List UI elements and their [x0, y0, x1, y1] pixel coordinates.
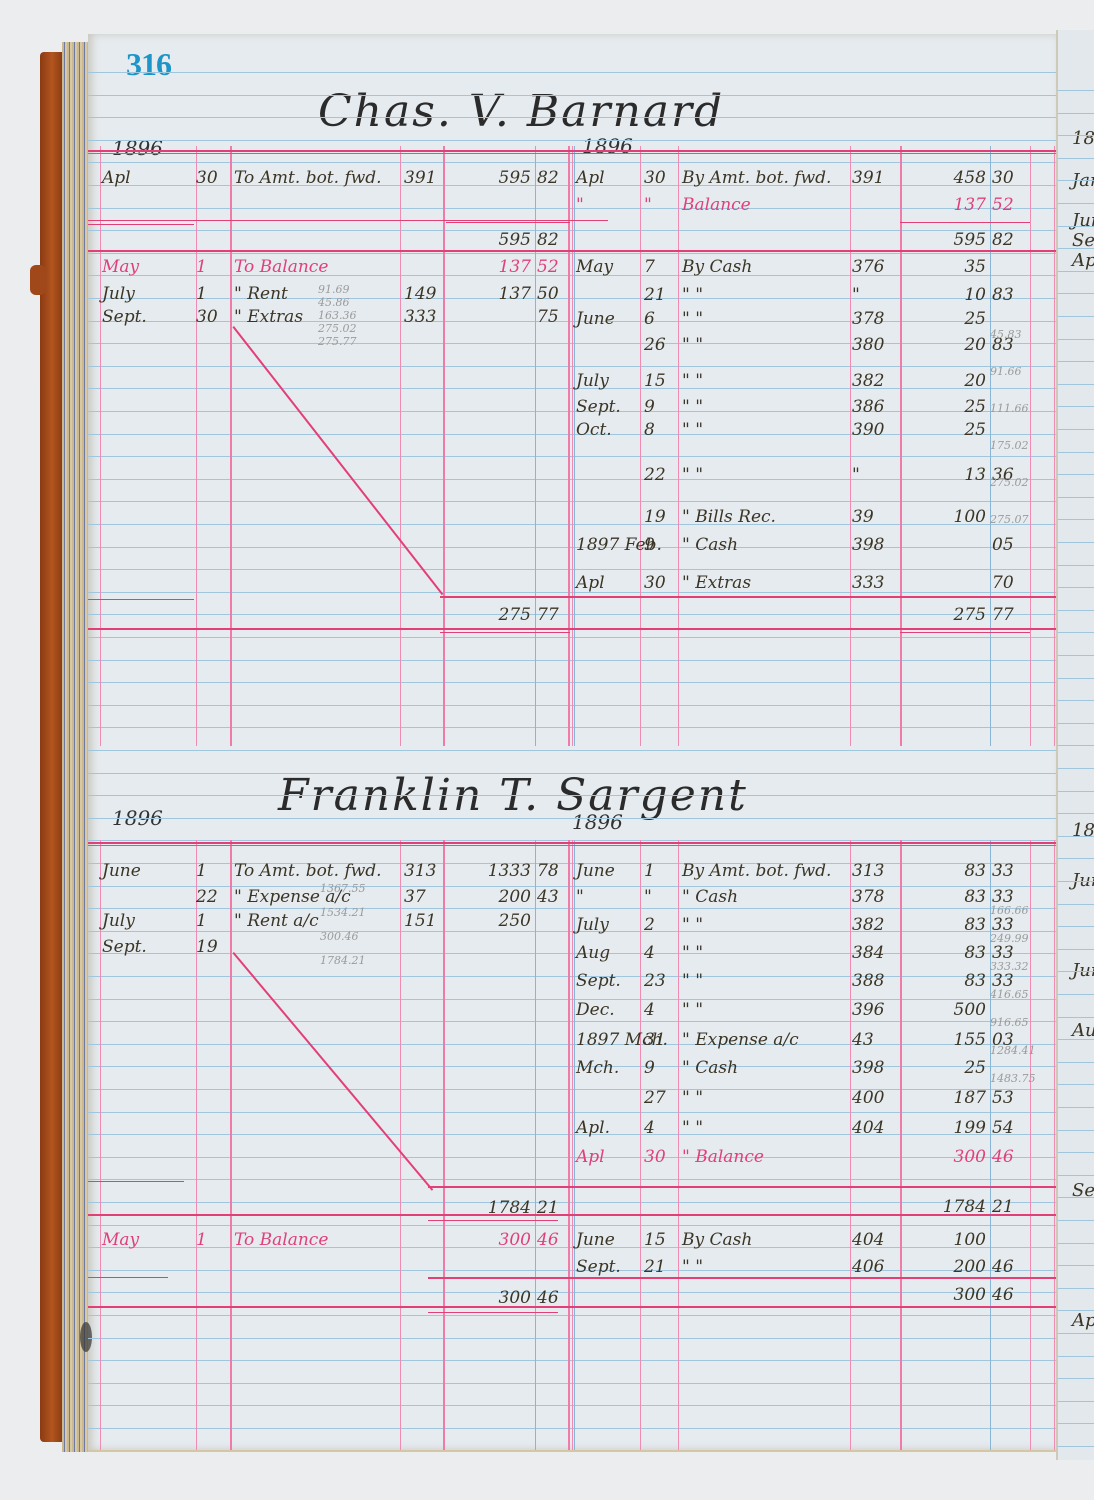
next-page-fragment: Aug — [1072, 1020, 1094, 1041]
a1-credit-row-folio: 390 — [852, 419, 884, 441]
ruling-line — [1058, 248, 1094, 249]
ruling-line — [1058, 565, 1094, 566]
next-page-fragment: Apl — [1072, 250, 1094, 271]
ruling-line — [1058, 1130, 1094, 1131]
a2-credit-row-folio: 382 — [852, 914, 884, 936]
pencil-note: 416.65 — [990, 984, 1029, 1006]
sum-rule — [428, 1186, 1056, 1188]
ruling-line — [1058, 1378, 1094, 1379]
a2-debit-row-month: July — [102, 910, 135, 932]
ruling-line — [1058, 180, 1094, 181]
ruling-line — [1058, 384, 1094, 385]
a2-credit-row-dollars: 100 — [900, 1229, 986, 1251]
a1-credit-row-month: Sept. — [576, 396, 621, 418]
a2-credit-row-day: 9 — [644, 1057, 655, 1079]
column-line — [100, 146, 101, 746]
a2-credit-row-dollars: 300 — [900, 1146, 986, 1168]
a1-debit-row-dollars: 595 — [446, 229, 531, 251]
a2-credit-row-month: Aug — [576, 942, 610, 964]
a2-debit-row-cents: 43 — [537, 886, 559, 908]
ruling-line — [1058, 497, 1094, 498]
a1-credit-row-month: Apl — [576, 167, 605, 189]
a1-credit-row-folio: 39 — [852, 506, 874, 528]
a2-credit-row-description: " " — [682, 999, 703, 1021]
a2-debit-row-month: Sept. — [102, 936, 147, 958]
a1-credit-row-day: 8 — [644, 419, 655, 441]
a2-credit-row-description: " Cash — [682, 1057, 738, 1079]
next-page-fragment: Jun — [1072, 210, 1094, 231]
a2-credit-row-folio: 400 — [852, 1087, 884, 1109]
a2-credit-row-folio: 404 — [852, 1229, 884, 1251]
pencil-note: 166.66 — [990, 900, 1029, 922]
a1-credit-row-folio: " — [852, 464, 860, 486]
ruling-line — [1058, 1446, 1094, 1447]
a1-debit-row-day: 1 — [196, 256, 207, 278]
a1-debit-total-dollars: 275 — [446, 604, 531, 626]
a1-debit-row-folio: 333 — [404, 306, 436, 328]
ruling-line — [1058, 1175, 1094, 1176]
a2-credit-row-day: 27 — [644, 1087, 666, 1109]
a2-credit-row-month: Sept. — [576, 1256, 621, 1278]
column-line — [640, 840, 641, 1450]
a1-credit-row-description: By Cash — [682, 256, 752, 278]
a1-credit-total-dollars: 275 — [900, 604, 986, 626]
a2-credit-row-folio: 43 — [852, 1029, 874, 1051]
ruling-line — [1058, 836, 1094, 837]
short-rule — [88, 1277, 168, 1278]
a2-credit-row-month: " — [576, 886, 584, 908]
ledger-page: 316 Chas. V. Barnard 1896 1896 Franklin … — [88, 34, 1056, 1452]
column-line — [568, 840, 570, 1450]
column-line — [678, 146, 679, 746]
ruling-line — [1058, 429, 1094, 430]
a2-credit-after-total-dollars: 300 — [900, 1284, 986, 1306]
ruling-line — [88, 95, 1056, 96]
a2-credit-row-description: By Amt. bot. fwd. — [682, 860, 831, 882]
a2-credit-row-dollars: 83 — [900, 970, 986, 992]
column-line — [535, 146, 536, 746]
a1-credit-row-dollars: 20 — [900, 370, 986, 392]
a2-debit-row-description: " Rent a/c — [234, 910, 319, 932]
pencil-note: 275.07 — [990, 509, 1029, 531]
ruling-line — [1058, 1288, 1094, 1289]
a1-debit-row-cents: 52 — [537, 256, 559, 278]
pencil-note: 175.02 — [990, 435, 1029, 457]
column-line — [443, 146, 445, 746]
ruling-line — [1058, 1333, 1094, 1334]
ruling-line — [1058, 723, 1094, 724]
a2-credit-row-day: 4 — [644, 999, 655, 1021]
a2-credit-row-description: " Expense a/c — [682, 1029, 799, 1051]
header-rule-blue — [88, 153, 1056, 154]
column-line — [1030, 840, 1031, 1450]
ruling-line — [1058, 135, 1094, 136]
next-page-edge: 189JanJunSepApl189JunJunAugSepApl — [1056, 30, 1094, 1460]
column-line — [572, 146, 573, 746]
ruling-line — [1058, 904, 1094, 905]
ruling-line — [88, 140, 1056, 141]
ruling-line — [1058, 1310, 1094, 1311]
header-rule-blue — [88, 845, 1056, 846]
bookmark-tab — [30, 265, 46, 295]
short-rule — [88, 599, 194, 600]
ruling-line — [1058, 1062, 1094, 1063]
a1-credit-row-folio: 376 — [852, 256, 884, 278]
a2-credit-row-cents: 33 — [992, 860, 1014, 882]
a2-debit-row-day: 19 — [196, 936, 218, 958]
a2-credit-row-month: Dec. — [576, 999, 615, 1021]
ruling-line — [88, 773, 1056, 774]
a1-credit-row-day: 30 — [644, 167, 666, 189]
a2-credit-row-day: 31 — [644, 1029, 666, 1051]
ruling-line — [1058, 1197, 1094, 1198]
a1-credit-row-folio: 398 — [852, 534, 884, 556]
a1-credit-row-description: Balance — [682, 194, 751, 216]
a2-credit-row-description: " " — [682, 1117, 703, 1139]
page-number: 316 — [126, 46, 171, 83]
ruling-line — [1058, 994, 1094, 995]
close-rule-double — [428, 1312, 558, 1313]
credit-year-2: 1896 — [572, 810, 623, 834]
a2-debit-row-day: 22 — [196, 886, 218, 908]
ruling-line — [1058, 1152, 1094, 1153]
a2-credit-row-description: By Cash — [682, 1229, 752, 1251]
ruling-line — [1058, 361, 1094, 362]
a2-debit-row-cents: 78 — [537, 860, 559, 882]
column-line — [574, 146, 575, 746]
a1-credit-row-description: " " — [682, 419, 703, 441]
ruling-line — [1058, 406, 1094, 407]
ruling-line — [1058, 926, 1094, 927]
ruling-line — [1058, 1356, 1094, 1357]
a2-credit-after-total-cents: 46 — [992, 1284, 1014, 1306]
a1-credit-row-dollars: 20 — [900, 334, 986, 356]
pencil-note: 333.32 — [990, 956, 1029, 978]
a2-credit-row-dollars: 83 — [900, 942, 986, 964]
ruling-line — [1058, 271, 1094, 272]
ruling-line — [1058, 610, 1094, 611]
a1-credit-row-dollars: 25 — [900, 308, 986, 330]
a2-credit-row-description: " " — [682, 1087, 703, 1109]
a2-credit-row-description: " " — [682, 970, 703, 992]
a1-debit-row-dollars: 137 — [446, 256, 531, 278]
ruling-line — [1058, 1084, 1094, 1085]
ruling-line — [1058, 316, 1094, 317]
a2-credit-row-folio: 396 — [852, 999, 884, 1021]
next-page-fragment: 189 — [1072, 128, 1094, 149]
a2-credit-row-day: 23 — [644, 970, 666, 992]
a2-debit-row-month: May — [102, 1229, 139, 1251]
a1-debit-row-day: 1 — [196, 283, 207, 305]
a1-credit-row-month: May — [576, 256, 613, 278]
a2-debit-row-description: To Balance — [234, 1229, 328, 1251]
ruling-line — [88, 117, 1056, 118]
column-line — [1054, 146, 1055, 746]
column-line — [230, 146, 232, 746]
ruling-line — [1058, 745, 1094, 746]
a2-credit-row-day: 4 — [644, 1117, 655, 1139]
a1-credit-row-cents: 83 — [992, 284, 1014, 306]
a2-debit-row-folio: 313 — [404, 860, 436, 882]
a1-credit-row-folio: " — [852, 284, 860, 306]
a1-credit-row-description: By Amt. bot. fwd. — [682, 167, 831, 189]
column-line — [572, 840, 573, 1450]
a2-credit-row-day: " — [644, 886, 652, 908]
a1-credit-row-day: 21 — [644, 284, 666, 306]
ruling-line — [1058, 813, 1094, 814]
a2-credit-row-day: 1 — [644, 860, 655, 882]
a1-debit-row-cents: 75 — [537, 306, 559, 328]
a1-credit-row-month: July — [576, 370, 609, 392]
line — [88, 220, 608, 221]
pencil-note: 45.83 — [990, 324, 1022, 346]
a1-credit-row-day: 9 — [644, 396, 655, 418]
a2-credit-row-description: " " — [682, 914, 703, 936]
a1-credit-row-description: " " — [682, 370, 703, 392]
a2-credit-row-month: June — [576, 1229, 615, 1251]
column-line — [640, 146, 641, 746]
a2-credit-row-folio: 384 — [852, 942, 884, 964]
next-page-fragment: 189 — [1072, 820, 1094, 841]
a1-credit-row-dollars: 13 — [900, 464, 986, 486]
a2-debit-row-day: 1 — [196, 910, 207, 932]
a2-debit-row-dollars: 250 — [446, 910, 531, 932]
column-line — [400, 146, 401, 746]
pencil-note: 1483.75 — [990, 1068, 1036, 1090]
a2-credit-row-month: Apl. — [576, 1117, 610, 1139]
account-rule — [88, 1214, 1056, 1216]
a2-credit-row-dollars: 83 — [900, 860, 986, 882]
a2-credit-row-description: " " — [682, 942, 703, 964]
a1-credit-row-day: 9 — [644, 534, 655, 556]
ruling-line — [1058, 971, 1094, 972]
a1-credit-row-month: Apl — [576, 572, 605, 594]
a1-debit-row-dollars: 137 — [446, 283, 531, 305]
sum-rule — [446, 222, 570, 223]
a1-debit-row-day: 30 — [196, 306, 218, 328]
ruling-line — [88, 818, 1056, 819]
a1-debit-total-cents: 77 — [537, 604, 559, 626]
column-line — [443, 840, 445, 1450]
a2-debit-row-folio: 151 — [404, 910, 436, 932]
a1-credit-row-day: " — [644, 194, 652, 216]
short-rule — [88, 1181, 184, 1182]
ruling-line — [88, 795, 1056, 796]
pencil-note: 300.46 — [320, 926, 359, 948]
a1-debit-row-description: " Extras — [234, 306, 303, 328]
a2-debit-row-month: June — [102, 860, 141, 882]
a2-debit-row-dollars: 200 — [446, 886, 531, 908]
a1-credit-row-day: 30 — [644, 572, 666, 594]
ruling-line — [1058, 768, 1094, 769]
a1-credit-row-month: June — [576, 308, 615, 330]
a1-credit-row-day: 7 — [644, 256, 655, 278]
a2-credit-row-cents: 46 — [992, 1146, 1014, 1168]
a1-credit-row-folio: 382 — [852, 370, 884, 392]
a1-debit-row-cents: 82 — [537, 167, 559, 189]
a1-credit-row-day: 22 — [644, 464, 666, 486]
ruling-line — [1058, 1017, 1094, 1018]
a2-debit-row-dollars: 1333 — [446, 860, 531, 882]
ruling-line — [1058, 1220, 1094, 1221]
next-page-fragment: Apl — [1072, 1310, 1094, 1331]
pencil-note: 1784.21 — [320, 950, 366, 972]
a2-credit-row-dollars: 199 — [900, 1117, 986, 1139]
a1-credit-row-folio: 333 — [852, 572, 884, 594]
a2-credit-row-cents: 54 — [992, 1117, 1014, 1139]
column-line — [1030, 146, 1031, 746]
a2-credit-row-day: 2 — [644, 914, 655, 936]
a1-debit-row-month: July — [102, 283, 135, 305]
a1-credit-row-dollars: 595 — [900, 229, 986, 251]
a2-debit-row-cents: 46 — [537, 1229, 559, 1251]
a1-credit-row-cents: 70 — [992, 572, 1014, 594]
ruling-line — [1058, 474, 1094, 475]
ruling-line — [1058, 452, 1094, 453]
ruling-line — [1058, 1265, 1094, 1266]
a1-credit-row-description: " " — [682, 334, 703, 356]
a2-credit-row-folio: 378 — [852, 886, 884, 908]
pencil-note: 1367.55 — [320, 878, 366, 900]
a2-credit-row-cents: 53 — [992, 1087, 1014, 1109]
a1-credit-row-cents: 05 — [992, 534, 1014, 556]
close-rule-double — [900, 632, 1030, 633]
short-rule — [88, 224, 194, 225]
pencil-note: 91.66 — [990, 361, 1022, 383]
pencil-note: 1534.21 — [320, 902, 366, 924]
a1-credit-row-folio: 391 — [852, 167, 884, 189]
ruling-line — [1058, 881, 1094, 882]
a1-debit-row-folio: 391 — [404, 167, 436, 189]
ruling-line — [1058, 655, 1094, 656]
ruling-line — [1058, 632, 1094, 633]
column-line — [850, 146, 851, 746]
a2-credit-row-dollars: 83 — [900, 914, 986, 936]
a1-credit-row-dollars: 25 — [900, 419, 986, 441]
a1-credit-total-cents: 77 — [992, 604, 1014, 626]
pencil-note: 275.02 — [990, 472, 1029, 494]
a2-debit-row-dollars: 300 — [446, 1229, 531, 1251]
pencil-note: 275.77 — [318, 331, 357, 353]
close-rule — [88, 1306, 1056, 1308]
ruling-line — [1058, 678, 1094, 679]
column-line — [400, 840, 401, 1450]
pencil-note: 111.66 — [990, 398, 1029, 420]
a2-credit-row-folio: 398 — [852, 1057, 884, 1079]
pencil-note: 1284.41 — [990, 1040, 1036, 1062]
a1-credit-row-description: " Extras — [682, 572, 751, 594]
a1-credit-row-folio: 380 — [852, 334, 884, 356]
a1-credit-row-dollars: 458 — [900, 167, 986, 189]
a1-debit-row-folio: 149 — [404, 283, 436, 305]
a2-credit-row-dollars: 200 — [900, 1256, 986, 1278]
a2-credit-row-day: 15 — [644, 1229, 666, 1251]
ruling-line — [1058, 339, 1094, 340]
a1-credit-row-day: 26 — [644, 334, 666, 356]
a2-credit-row-folio: 388 — [852, 970, 884, 992]
a2-credit-row-description: " Cash — [682, 886, 738, 908]
a1-credit-row-dollars: 25 — [900, 396, 986, 418]
column-line — [678, 840, 679, 1450]
column-line — [100, 840, 101, 1450]
ruling-line — [1058, 949, 1094, 950]
a1-credit-row-dollars: 137 — [900, 194, 986, 216]
a1-credit-row-description: " " — [682, 308, 703, 330]
a1-debit-row-cents: 50 — [537, 283, 559, 305]
a2-credit-row-dollars: 83 — [900, 886, 986, 908]
a1-credit-row-folio: 386 — [852, 396, 884, 418]
ruling-line — [1058, 113, 1094, 114]
a2-credit-row-month: Apl — [576, 1146, 605, 1168]
ruling-line — [1058, 1243, 1094, 1244]
ruling-line — [1058, 226, 1094, 227]
a2-credit-row-cents: 46 — [992, 1256, 1014, 1278]
column-line — [568, 146, 570, 746]
credit-year-1: 1896 — [582, 134, 633, 158]
ruling-line — [1058, 203, 1094, 204]
close-rule-double — [440, 632, 570, 633]
sum-rule — [900, 222, 1030, 223]
a2-credit-row-dollars: 155 — [900, 1029, 986, 1051]
column-line — [574, 840, 575, 1450]
sum-rule — [428, 1277, 1056, 1279]
a1-credit-row-month: Oct. — [576, 419, 612, 441]
a2-debit-row-folio: 37 — [404, 886, 426, 908]
a1-credit-row-description: " Bills Rec. — [682, 506, 776, 528]
ruling-line — [1058, 1107, 1094, 1108]
a1-debit-row-description: To Balance — [234, 256, 328, 278]
a1-credit-row-description: " Cash — [682, 534, 738, 556]
a1-credit-row-cents: 82 — [992, 229, 1014, 251]
a2-credit-row-dollars: 187 — [900, 1087, 986, 1109]
a1-credit-row-dollars: 100 — [900, 506, 986, 528]
column-line — [1054, 840, 1055, 1450]
a1-credit-row-cents: 30 — [992, 167, 1014, 189]
a1-credit-row-day: 19 — [644, 506, 666, 528]
a1-credit-row-description: " " — [682, 396, 703, 418]
a2-debit-row-day: 1 — [196, 860, 207, 882]
a2-credit-row-day: 21 — [644, 1256, 666, 1278]
ruling-line — [1058, 293, 1094, 294]
diagonal-rule — [232, 952, 433, 1191]
column-line — [535, 840, 536, 1450]
header-rule — [88, 842, 1056, 844]
a2-credit-row-month: Mch. — [576, 1057, 619, 1079]
a1-credit-row-description: " " — [682, 284, 703, 306]
a1-credit-row-day: 6 — [644, 308, 655, 330]
a2-credit-row-month: Sept. — [576, 970, 621, 992]
a1-debit-row-month: Sept. — [102, 306, 147, 328]
a1-credit-row-day: 15 — [644, 370, 666, 392]
ruling-line — [1058, 700, 1094, 701]
a1-debit-row-month: May — [102, 256, 139, 278]
a2-credit-row-month: July — [576, 914, 609, 936]
header-rule — [88, 150, 1056, 152]
a1-debit-row-month: Apl — [102, 167, 131, 189]
a2-debit-row-day: 1 — [196, 1229, 207, 1251]
a2-credit-row-dollars: 500 — [900, 999, 986, 1021]
column-line — [230, 840, 232, 1450]
ruling-line — [1058, 519, 1094, 520]
a1-credit-row-dollars: 35 — [900, 256, 986, 278]
ruling-line — [1058, 90, 1094, 91]
a1-debit-row-dollars: 595 — [446, 167, 531, 189]
a2-credit-row-folio: 313 — [852, 860, 884, 882]
a1-credit-row-cents: 52 — [992, 194, 1014, 216]
a2-credit-row-month: June — [576, 860, 615, 882]
a2-credit-row-folio: 406 — [852, 1256, 884, 1278]
close-rule — [88, 628, 1056, 630]
